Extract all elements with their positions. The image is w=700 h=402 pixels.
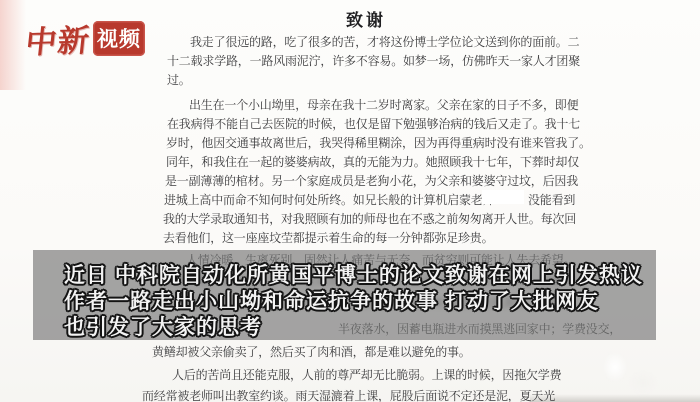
document-line: 去看他们，这一座座坟茔都提示着生命的每一分钟都弥足珍贵。 — [163, 229, 493, 246]
document-line: 而经常被老师叫出教室约谈。雨天湿漉着上课，屁股后面说不定还是泥，夏天光 — [142, 387, 555, 402]
document-line: 人后的苦尚且还能克服，人前的尊严却无比脆弱。上课的时候，因拖欠学费 — [172, 366, 561, 383]
document-line: 黄鳝却被父亲偷卖了，然后买了肉和酒，都是难以避免的事。 — [152, 343, 471, 360]
document-line: 出生在一个小山坳里，母亲在我十二岁时离家。父亲在家的日子不多，即便 — [189, 96, 578, 113]
document-line-redacted-pre: 进城上高中而命不知何时何处所终。如兄长般的计算机启蒙老师 — [164, 191, 494, 208]
document-line: 岁时，他因交通事故离世后，我哭得稀里糊涂，因为再得重病时没有谁来管我了。 — [166, 134, 591, 151]
document-line: 我的大学录取通知书，对我照顾有加的师母也在不惑之前匆匆离开人世。每次回 — [163, 210, 576, 227]
document-line: 十二载求学路，一路风雨泥泞，许多不容易。如梦一场，仿佛昨天一家人才团聚 — [167, 52, 580, 69]
page-edge-shade — [0, 0, 26, 90]
document-line-redacted-post: 没能看到 — [528, 191, 575, 208]
document-line: 过。 — [167, 71, 191, 88]
logo-video-badge: 视频 — [93, 21, 145, 56]
logo-calligraphy-text: 中新 — [23, 15, 92, 62]
caption-line-3: 也引发了大家的思考 — [64, 311, 262, 341]
watermark-ghost — [585, 345, 675, 401]
document-line: 同年，和我住在一起的婆婆病故，真的无能为力。她照顾我十七年，下葬时却仅 — [166, 153, 579, 170]
document-title: 致谢 — [160, 6, 572, 31]
document-line: 是一副薄薄的棺材。另一个家庭成员是老狗小花，为父亲和婆婆守过坟，后因我 — [165, 172, 578, 189]
video-frame: 中新 视频 致谢 我走了很远的路，吃了很多的苦，才将这份博士学位论文送到你的面前… — [0, 0, 700, 402]
document-line: 我走了很远的路，吃了很多的苦，才将这份博士学位论文送到你的面前。二 — [190, 33, 579, 50]
logo: 中新 视频 — [26, 16, 145, 61]
document-line: 在我病得不能自己去医院的时候，也仅是留下勉强够治病的钱后又走了。我十七 — [167, 115, 580, 132]
redaction-box — [482, 190, 524, 204]
